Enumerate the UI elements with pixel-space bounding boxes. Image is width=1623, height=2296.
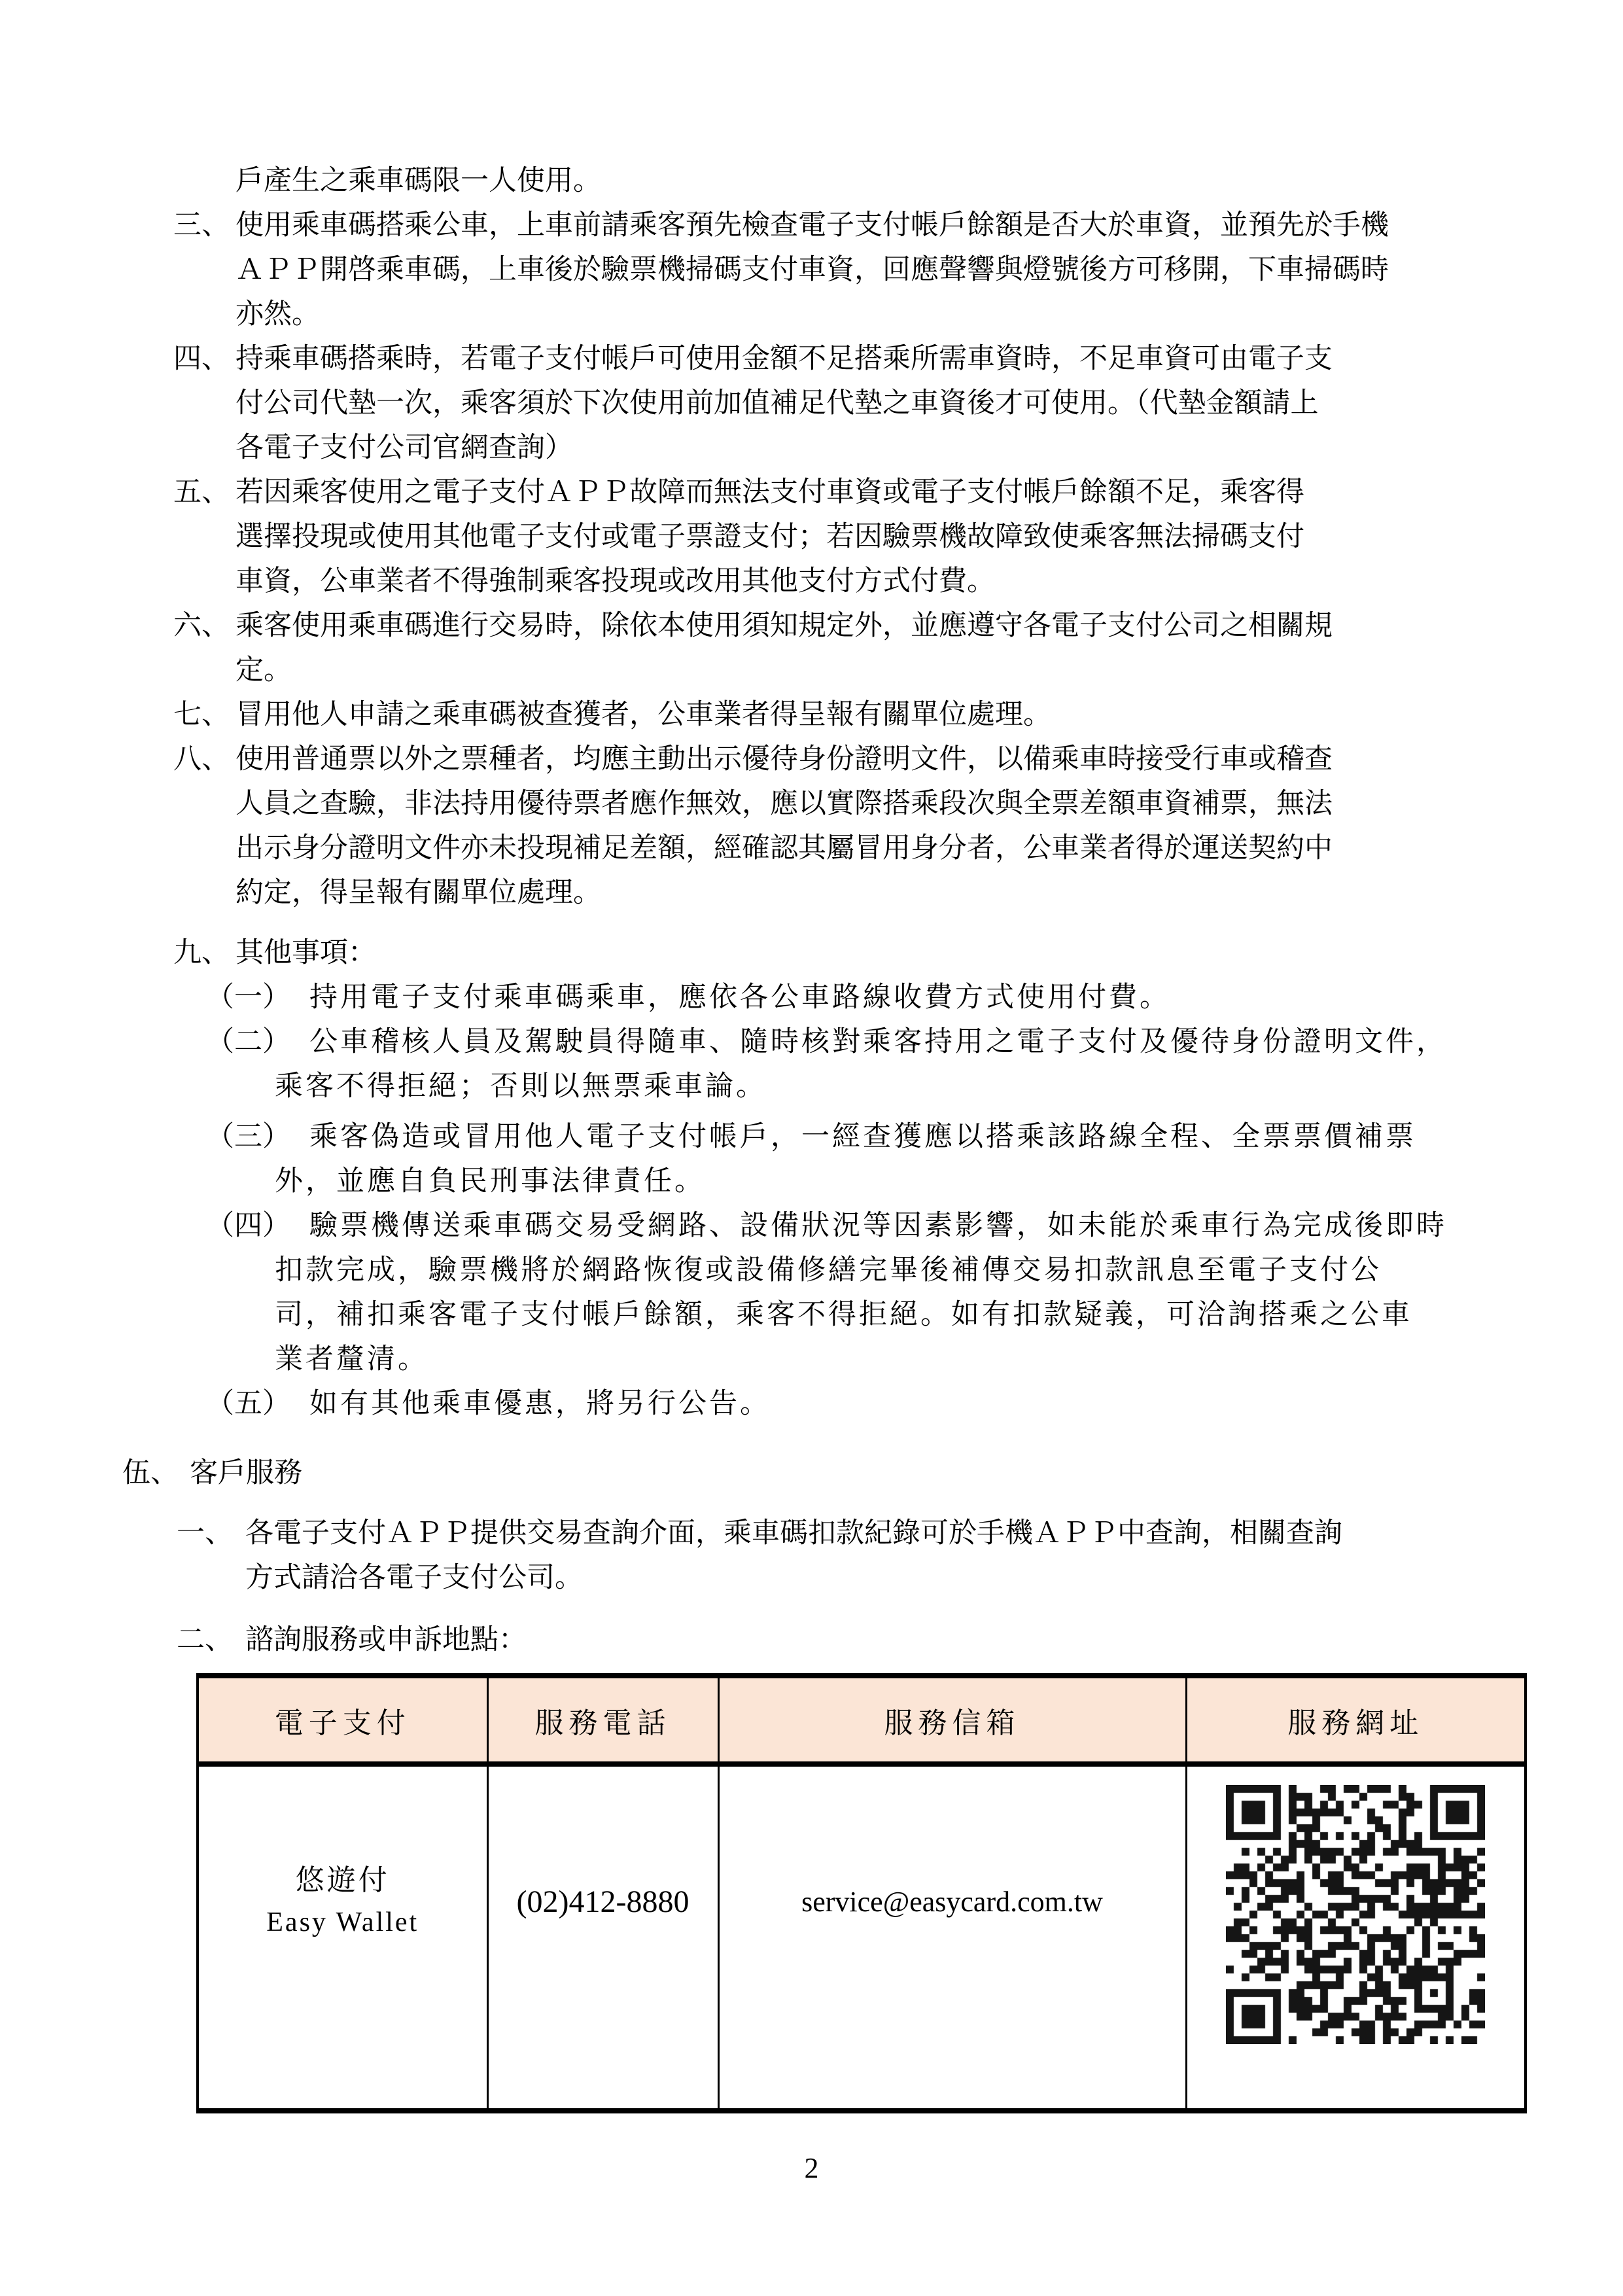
qr-code	[1226, 1785, 1485, 2044]
line-text: 車資，公車業者不得強制乘客投現或改用其他支付方式付費。	[236, 566, 995, 597]
table-header-service-email: 服務信箱	[718, 1676, 1186, 1764]
line-text: 外，並應自負民刑事法律責任。	[275, 1166, 705, 1197]
list-label: （五）	[206, 1382, 309, 1426]
line-text: 各電子支付公司官網查詢）	[236, 433, 573, 463]
body-text: 戶產生之乘車碼限一人使用。三、使用乘車碼搭乘公車，上車前請乘客預先檢查電子支付帳…	[0, 0, 1623, 2113]
text-line: 亦然。	[236, 292, 1623, 337]
list-label: 四、	[173, 337, 236, 381]
vertical-spacer	[0, 1496, 1623, 1511]
list-label: 二、	[177, 1618, 245, 1663]
table-header-service-phone: 服務電話	[487, 1676, 718, 1764]
page-number: 2	[0, 2151, 1623, 2185]
list-label: （二）	[206, 1020, 309, 1065]
section-heading-customer-service: 伍、客戶服務	[122, 1451, 1623, 1496]
text-line: 人員之查驗，非法持用優待票者應作無效，應以實際搭乘段次與全票差額車資補票，無法	[236, 782, 1623, 826]
document-page: 戶產生之乘車碼限一人使用。三、使用乘車碼搭乘公車，上車前請乘客預先檢查電子支付帳…	[0, 0, 1623, 2296]
line-text: 諮詢服務或申訴地點：	[245, 1625, 527, 1655]
line-text: 使用普通票以外之票種者，均應主動出示優待身份證明文件，以備乘車時接受行車或稽查	[236, 744, 1333, 775]
list-item: 四、持乘車碼搭乘時，若電子支付帳戶可使用金額不足搭乘所需車資時，不足車資可由電子…	[173, 337, 1623, 381]
list-label: 五、	[173, 470, 236, 515]
list-label: 三、	[173, 203, 236, 248]
text-line: 出示身分證明文件亦未投現補足差額，經確認其屬冒用身分者，公車業者得於運送契約中	[236, 826, 1623, 871]
table-header-row: 電子支付 服務電話 服務信箱 服務網址	[198, 1676, 1526, 1764]
vertical-spacer	[0, 915, 1623, 931]
line-text: 方式請洽各電子支付公司。	[245, 1563, 583, 1593]
line-text: 戶產生之乘車碼限一人使用。	[236, 166, 601, 196]
table-header-service-website: 服務網址	[1186, 1676, 1526, 1764]
text-line: 司，補扣乘客電子支付帳戶餘額，乘客不得拒絕。如有扣款疑義，可洽詢搭乘之公車	[275, 1293, 1623, 1337]
line-text: 如有其他乘車優惠，將另行公告。	[309, 1388, 771, 1419]
line-text: 公車稽核人員及駕駛員得隨車、隨時核對乘客持用之電子支付及優待身份證明文件，	[309, 1027, 1447, 1057]
contact-table-wrap: 電子支付 服務電話 服務信箱 服務網址 悠遊付 Easy Wallet	[196, 1673, 1623, 2113]
line-text: 司，補扣乘客電子支付帳戶餘額，乘客不得拒絕。如有扣款疑義，可洽詢搭乘之公車	[275, 1299, 1412, 1330]
line-text: 若因乘客使用之電子支付ＡＰＰ故障而無法支付車資或電子支付帳戶餘額不足，乘客得	[236, 477, 1304, 508]
line-text: 客戶服務	[190, 1458, 302, 1489]
text-line: 車資，公車業者不得強制乘客投現或改用其他支付方式付費。	[236, 559, 1623, 604]
list-label: 九、	[173, 931, 236, 976]
text-line: 外，並應自負民刑事法律責任。	[275, 1159, 1623, 1204]
line-text: 出示身分證明文件亦未投現補足差額，經確認其屬冒用身分者，公車業者得於運送契約中	[236, 833, 1333, 864]
line-text: 持乘車碼搭乘時，若電子支付帳戶可使用金額不足搭乘所需車資時，不足車資可由電子支	[236, 344, 1333, 374]
line-text: 亦然。	[236, 299, 320, 330]
list-label: （一）	[206, 976, 309, 1020]
text-line: 乘客不得拒絕；否則以無票乘車論。	[275, 1065, 1623, 1109]
text-line: 選擇投現或使用其他電子支付或電子票證支付；若因驗票機故障致使乘客無法掃碼支付	[236, 515, 1623, 559]
line-text: 持用電子支付乘車碼乘車，應依各公車路線收費方式使用付費。	[309, 982, 1170, 1013]
text-line: 各電子支付公司官網查詢）	[236, 426, 1623, 470]
list-label: 六、	[173, 604, 236, 648]
provider-name-zh: 悠遊付	[200, 1860, 486, 1901]
list-item: 五、若因乘客使用之電子支付ＡＰＰ故障而無法支付車資或電子支付帳戶餘額不足，乘客得	[173, 470, 1623, 515]
text-line: 付公司代墊一次，乘客須於下次使用前加值補足代墊之車資後才可使用。（代墊金額請上	[236, 381, 1623, 426]
list-item: （二）公車稽核人員及駕駛員得隨車、隨時核對乘客持用之電子支付及優待身份證明文件，	[206, 1020, 1623, 1065]
line-text: 約定，得呈報有關單位處理。	[236, 877, 601, 908]
list-label: 七、	[173, 693, 236, 737]
list-item: 九、其他事項：	[173, 931, 1623, 976]
table-row: 悠遊付 Easy Wallet (02)412-8880 service@eas…	[198, 1764, 1526, 2111]
list-item: （五）如有其他乘車優惠，將另行公告。	[206, 1382, 1623, 1426]
vertical-spacer	[0, 1109, 1623, 1115]
line-text: 人員之查驗，非法持用優待票者應作無效，應以實際搭乘段次與全票差額車資補票，無法	[236, 788, 1333, 819]
contact-table: 電子支付 服務電話 服務信箱 服務網址 悠遊付 Easy Wallet	[196, 1673, 1527, 2113]
text-line: 扣款完成，驗票機將於網路恢復或設備修繕完畢後補傳交易扣款訊息至電子支付公	[275, 1248, 1623, 1293]
line-text: 乘客不得拒絕；否則以無票乘車論。	[275, 1071, 767, 1102]
text-line: 業者釐清。	[275, 1337, 1623, 1382]
line-text: 選擇投現或使用其他電子支付或電子票證支付；若因驗票機故障致使乘客無法掃碼支付	[236, 521, 1304, 552]
table-header-epayment: 電子支付	[198, 1676, 487, 1764]
text-line: 戶產生之乘車碼限一人使用。	[236, 159, 1623, 203]
list-item: 一、各電子支付ＡＰＰ提供交易查詢介面，乘車碼扣款紀錄可於手機ＡＰＰ中查詢，相關查…	[177, 1511, 1623, 1556]
list-item: 八、使用普通票以外之票種者，均應主動出示優待身份證明文件，以備乘車時接受行車或稽…	[173, 737, 1623, 782]
list-item: 七、冒用他人申請之乘車碼被查獲者，公車業者得呈報有關單位處理。	[173, 693, 1623, 737]
list-label: 八、	[173, 737, 236, 782]
list-item: 三、使用乘車碼搭乘公車，上車前請乘客預先檢查電子支付帳戶餘額是否大於車資，並預先…	[173, 203, 1623, 248]
line-text: 定。	[236, 655, 292, 686]
cell-service-phone: (02)412-8880	[487, 1764, 718, 2111]
list-label: 伍、	[122, 1451, 190, 1496]
text-line: 定。	[236, 648, 1623, 693]
text-lines-container: 戶產生之乘車碼限一人使用。三、使用乘車碼搭乘公車，上車前請乘客預先檢查電子支付帳…	[0, 159, 1623, 1663]
cell-provider: 悠遊付 Easy Wallet	[198, 1764, 487, 2111]
list-item: （四）驗票機傳送乘車碼交易受網路、設備狀況等因素影響，如未能於乘車行為完成後即時	[206, 1204, 1623, 1248]
list-item: （一）持用電子支付乘車碼乘車，應依各公車路線收費方式使用付費。	[206, 976, 1623, 1020]
list-label: （四）	[206, 1204, 309, 1248]
vertical-spacer	[0, 1600, 1623, 1618]
line-text: 乘客偽造或冒用他人電子支付帳戶，一經查獲應以搭乘該路線全程、全票票價補票	[309, 1122, 1416, 1152]
list-item: （三）乘客偽造或冒用他人電子支付帳戶，一經查獲應以搭乘該路線全程、全票票價補票	[206, 1115, 1623, 1159]
text-line: ＡＰＰ開啓乘車碼，上車後於驗票機掃碼支付車資，回應聲響與燈號後方可移開，下車掃碼…	[236, 248, 1623, 292]
text-line: 約定，得呈報有關單位處理。	[236, 871, 1623, 915]
line-text: 扣款完成，驗票機將於網路恢復或設備修繕完畢後補傳交易扣款訊息至電子支付公	[275, 1255, 1382, 1286]
cell-service-website	[1186, 1764, 1526, 2111]
provider-name-en: Easy Wallet	[200, 1901, 486, 1943]
cell-service-email: service@easycard.com.tw	[718, 1764, 1186, 2111]
text-line: 方式請洽各電子支付公司。	[245, 1556, 1623, 1600]
line-text: 冒用他人申請之乘車碼被查獲者，公車業者得呈報有關單位處理。	[236, 699, 1051, 730]
line-text: 乘客使用乘車碼進行交易時，除依本使用須知規定外，並應遵守各電子支付公司之相關規	[236, 610, 1333, 641]
list-label: （三）	[206, 1115, 309, 1159]
list-item: 二、諮詢服務或申訴地點：	[177, 1618, 1623, 1663]
line-text: 付公司代墊一次，乘客須於下次使用前加值補足代墊之車資後才可使用。（代墊金額請上	[236, 388, 1319, 419]
line-text: 業者釐清。	[275, 1344, 428, 1375]
line-text: 使用乘車碼搭乘公車，上車前請乘客預先檢查電子支付帳戶餘額是否大於車資，並預先於手…	[236, 210, 1389, 241]
line-text: 其他事項：	[236, 938, 376, 968]
vertical-spacer	[0, 1426, 1623, 1451]
list-label: 一、	[177, 1511, 245, 1556]
line-text: 驗票機傳送乘車碼交易受網路、設備狀況等因素影響，如未能於乘車行為完成後即時	[309, 1210, 1447, 1241]
line-text: ＡＰＰ開啓乘車碼，上車後於驗票機掃碼支付車資，回應聲響與燈號後方可移開，下車掃碼…	[236, 255, 1389, 285]
list-item: 六、乘客使用乘車碼進行交易時，除依本使用須知規定外，並應遵守各電子支付公司之相關…	[173, 604, 1623, 648]
line-text: 各電子支付ＡＰＰ提供交易查詢介面，乘車碼扣款紀錄可於手機ＡＰＰ中查詢，相關查詢	[245, 1518, 1342, 1549]
